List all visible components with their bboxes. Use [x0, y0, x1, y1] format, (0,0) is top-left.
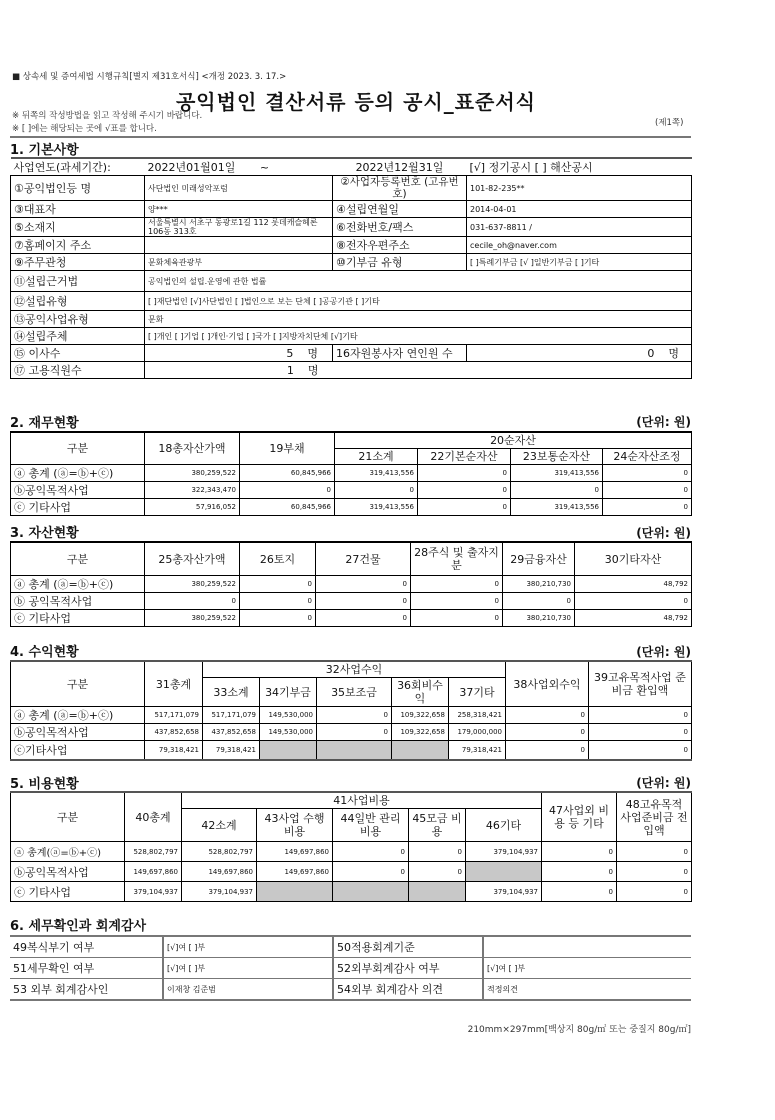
- cell: 0: [317, 724, 392, 741]
- row-label: ⓐ 총계 (ⓐ=ⓑ+ⓒ): [11, 707, 145, 724]
- header-category: 구분: [11, 792, 125, 842]
- cell: 0: [316, 610, 411, 627]
- section-revenue-heading: 4. 수익현황: [10, 641, 79, 660]
- revenue-table: 구분 31총계 32사업수익 38사업외수익 39고유목적사업 준비금 환입액 …: [10, 660, 692, 761]
- basic-info-table: 사업연도(과세기간): 2022년01월01일 ~ 2022년12월31일 [√…: [10, 157, 692, 379]
- cell: 0: [411, 576, 503, 593]
- person-unit: 명: [668, 347, 679, 360]
- header-stocks: 28주식 및 출자지분: [411, 542, 503, 576]
- phone-fax: 031-637-8811 /: [467, 218, 692, 237]
- tax-check-label: 51세무확인 여부: [10, 958, 163, 979]
- table-row: ⓑ공익목적사업 437,852,658 437,852,658 149,530,…: [11, 724, 692, 741]
- table-row: ⓒ 기타사업 379,104,937 379,104,937 379,104,9…: [11, 882, 692, 902]
- cell: 380,210,730: [503, 610, 575, 627]
- table-row: ⓐ 총계 (ⓐ=ⓑ+ⓒ) 380,259,522 0 0 0 380,210,7…: [11, 576, 692, 593]
- header-nonbiz: 47사업외 비용 등 기타: [542, 792, 617, 842]
- row-label: ⓑ공익목적사업: [11, 482, 145, 499]
- header-land: 26토지: [240, 542, 316, 576]
- divider: [10, 136, 691, 138]
- cell: 517,171,079: [203, 707, 260, 724]
- cell-disabled: [409, 882, 466, 902]
- paper-spec-footer: 210mm×297mm[백상지 80g/㎡ 또는 중질지 80g/㎡]: [468, 1022, 691, 1035]
- cell-disabled: [257, 882, 333, 902]
- phone-label: ⑥전화번호/팩스: [333, 218, 467, 237]
- representative-label: ③대표자: [11, 201, 145, 218]
- org-name-label: ①공익법인등 명: [11, 176, 145, 201]
- cell: 0: [542, 842, 617, 862]
- cell: 380,210,730: [503, 576, 575, 593]
- cell: 0: [418, 465, 511, 482]
- biz-type: 문화: [145, 311, 692, 328]
- instruction-note-1: ※ 뒤쪽의 작성방법을 읽고 작성해 주시기 바랍니다.: [12, 109, 202, 121]
- cell: 0: [603, 499, 692, 516]
- header-admin: 44일반 관리비용: [333, 809, 409, 842]
- cell: 0: [317, 707, 392, 724]
- row-label: ⓐ 총계(ⓐ=ⓑ+ⓒ): [11, 842, 125, 862]
- cell: 0: [335, 482, 418, 499]
- bizno: 101-82-235**: [467, 176, 692, 201]
- header-perform: 43사업 수행비용: [257, 809, 333, 842]
- cell: 0: [589, 707, 692, 724]
- cell: 0: [240, 593, 316, 610]
- section-assets-heading: 3. 자산현황: [10, 522, 79, 541]
- representative: 양***: [145, 201, 333, 218]
- founded-date: 2014-04-01: [467, 201, 692, 218]
- cell: 380,259,522: [145, 465, 240, 482]
- volunteers-label: 16자원봉사자 연인원 수: [333, 345, 467, 362]
- volunteers-count: 0: [647, 347, 654, 360]
- row-label: ⓒ 기타사업: [11, 499, 145, 516]
- cell: 0: [542, 862, 617, 882]
- cell: 0: [418, 482, 511, 499]
- cell: 79,318,421: [449, 741, 506, 761]
- table-row: ⓐ 총계 (ⓐ=ⓑ+ⓒ) 380,259,522 60,845,966 319,…: [11, 465, 692, 482]
- header-other: 37기타: [449, 678, 506, 707]
- row-label: ⓑ공익목적사업: [11, 724, 145, 741]
- table-row: ⓒ기타사업 79,318,421 79,318,421 79,318,421 0…: [11, 741, 692, 761]
- cell: 319,413,556: [335, 465, 418, 482]
- cell: 0: [409, 862, 466, 882]
- founded-label: ④설립연월일: [333, 201, 467, 218]
- header-other-assets: 30기타자산: [575, 542, 692, 576]
- header-fees: 36회비수익: [392, 678, 449, 707]
- cell: 437,852,658: [203, 724, 260, 741]
- est-type[interactable]: [ ]재단법인 [√]사단법인 [ ]법인으로 보는 단체 [ ]공공기관 [ …: [145, 292, 692, 311]
- header-biz-revenue: 32사업수익: [203, 661, 506, 678]
- period-label: 사업연도(과세기간):: [11, 158, 145, 176]
- cell: 57,916,052: [145, 499, 240, 516]
- directors-label: ⑮ 이사수: [11, 345, 145, 362]
- table-row: ⓒ 기타사업 380,259,522 0 0 0 380,210,730 48,…: [11, 610, 692, 627]
- header-subtotal: 42소계: [182, 809, 257, 842]
- cell: 0: [617, 882, 692, 902]
- employees-count: 1: [287, 364, 294, 377]
- header-total-assets: 18총자산가액: [145, 432, 240, 465]
- header-net-assets: 20순자산: [335, 432, 692, 449]
- header-nonbiz: 38사업외수익: [506, 661, 589, 707]
- section-expense-heading: 5. 비용현황: [10, 773, 79, 792]
- cell: 79,318,421: [203, 741, 260, 761]
- table-row: ⓒ 기타사업 57,916,052 60,845,966 319,413,556…: [11, 499, 692, 516]
- cell: 319,413,556: [511, 465, 603, 482]
- cell: 0: [506, 724, 589, 741]
- cell: 0: [589, 741, 692, 761]
- law: 공익법인의 설립.운영에 관한 법률: [145, 271, 692, 292]
- row-label: ⓒ 기타사업: [11, 610, 145, 627]
- cell: 0: [316, 576, 411, 593]
- row-label: ⓑ 공익목적사업: [11, 593, 145, 610]
- cell: 517,171,079: [145, 707, 203, 724]
- table-row: ⓑ공익목적사업 322,343,470 0 0 0 0 0: [11, 482, 692, 499]
- period-end: 2022년12월31일: [333, 158, 467, 176]
- cell: 48,792: [575, 576, 692, 593]
- cell: 379,104,937: [466, 882, 542, 902]
- header-basic-net: 22기본순자산: [418, 449, 511, 465]
- cell: 322,343,470: [145, 482, 240, 499]
- section-basic-heading: 1. 기본사항: [10, 139, 79, 158]
- cell: 149,697,860: [125, 862, 182, 882]
- cell: 0: [617, 862, 692, 882]
- header-liabilities: 19부채: [240, 432, 335, 465]
- row-label: ⓒ기타사업: [11, 741, 145, 761]
- cell: 437,852,658: [145, 724, 203, 741]
- homepage-label: ⑦홈페이지 주소: [11, 237, 145, 254]
- est-type-label: ⑫설립유형: [11, 292, 145, 311]
- assets-table: 구분 25총자산가액 26토지 27건물 28주식 및 출자지분 29금융자산 …: [10, 541, 692, 627]
- header-building: 27건물: [316, 542, 411, 576]
- standard-value: [483, 936, 691, 958]
- cell: 0: [333, 842, 409, 862]
- cell: 379,104,937: [466, 842, 542, 862]
- header-reserve: 39고유목적사업 준비금 환입액: [589, 661, 692, 707]
- header-subtotal: 21소계: [335, 449, 418, 465]
- row-label: ⓑ공익목적사업: [11, 862, 125, 882]
- cell: 0: [503, 593, 575, 610]
- cell: 179,000,000: [449, 724, 506, 741]
- header-general-net: 23보통순자산: [511, 449, 603, 465]
- unit-label: (단위: 원): [636, 643, 691, 660]
- cell: 0: [617, 842, 692, 862]
- header-total: 31총계: [145, 661, 203, 707]
- header-subsidy: 35보조금: [317, 678, 392, 707]
- row-label: ⓐ 총계 (ⓐ=ⓑ+ⓒ): [11, 465, 145, 482]
- cell: 0: [542, 882, 617, 902]
- header-total: 40총계: [125, 792, 182, 842]
- cell: 0: [411, 593, 503, 610]
- header-subtotal: 33소계: [203, 678, 260, 707]
- cell: 0: [316, 593, 411, 610]
- email: cecile_oh@naver.com: [467, 237, 692, 254]
- row-label: ⓒ 기타사업: [11, 882, 125, 902]
- unit-label: (단위: 원): [636, 524, 691, 541]
- cell: 258,318,421: [449, 707, 506, 724]
- page-number: (제1쪽): [655, 116, 683, 128]
- cell: 109,322,658: [392, 724, 449, 741]
- header-total-assets: 25총자산가액: [145, 542, 240, 576]
- auditor-label: 53 외부 회계감사인: [10, 979, 163, 1001]
- email-label: ⑧전자우편주소: [333, 237, 467, 254]
- period-tilde: ~: [260, 161, 269, 174]
- audit-table: 49복식부기 여부 [√]여 [ ]부 50적용회계기준 51세무확인 여부 […: [10, 935, 691, 1001]
- cell: 149,697,860: [257, 862, 333, 882]
- bookkeeping-label: 49복식부기 여부: [10, 936, 163, 958]
- cell: 149,530,000: [260, 724, 317, 741]
- cell: 319,413,556: [335, 499, 418, 516]
- employees-label: ⑰ 고용직원수: [11, 362, 145, 379]
- cell-disabled: [317, 741, 392, 761]
- regulation-note: ■ 상속세 및 증여세법 시행규칙[별지 제31호서식] <개정 2023. 3…: [12, 70, 286, 82]
- unit-label: (단위: 원): [636, 413, 691, 430]
- cell-disabled: [466, 862, 542, 882]
- directors-count: 5: [286, 347, 293, 360]
- cell: 0: [603, 482, 692, 499]
- biz-type-label: ⑬공익사업유형: [11, 311, 145, 328]
- instruction-note-2: ※ [ ]에는 해당되는 곳에 √표를 합니다.: [12, 122, 157, 134]
- header-other: 46기타: [466, 809, 542, 842]
- header-biz-expense: 41사업비용: [182, 792, 542, 809]
- cell: 0: [418, 499, 511, 516]
- donation-type-label: ⑩기부금 유형: [333, 254, 467, 271]
- cell: 379,104,937: [182, 882, 257, 902]
- finance-table: 구분 18총자산가액 19부채 20순자산 21소계 22기본순자산 23보통순…: [10, 431, 692, 516]
- cell: 0: [506, 707, 589, 724]
- org-name: 사단법인 미래성악포럼: [145, 176, 333, 201]
- cell: 79,318,421: [145, 741, 203, 761]
- header-donation: 34기부금: [260, 678, 317, 707]
- cell: 149,697,860: [182, 862, 257, 882]
- ext-audit-value[interactable]: [√]여 [ ]부: [483, 958, 691, 979]
- header-financial: 29금융자산: [503, 542, 575, 576]
- cell: 0: [506, 741, 589, 761]
- auditor-value: 이재창 김준범: [163, 979, 333, 1001]
- cell: 380,259,522: [145, 576, 240, 593]
- unit-label: (단위: 원): [636, 774, 691, 791]
- authority: 문화체육관광부: [145, 254, 333, 271]
- person-unit: 명: [308, 364, 319, 377]
- cell: 0: [333, 862, 409, 882]
- cell-disabled: [392, 741, 449, 761]
- cell: 60,845,966: [240, 499, 335, 516]
- header-fundraise: 45모금 비용: [409, 809, 466, 842]
- standard-label: 50적용회계기준: [333, 936, 483, 958]
- cell: 109,322,658: [392, 707, 449, 724]
- cell: 0: [145, 593, 240, 610]
- cell: 528,802,797: [125, 842, 182, 862]
- cell: 0: [589, 724, 692, 741]
- opinion-label: 54외부 회계감사 의견: [333, 979, 483, 1001]
- cell: 319,413,556: [511, 499, 603, 516]
- table-row: ⓐ 총계 (ⓐ=ⓑ+ⓒ) 517,171,079 517,171,079 149…: [11, 707, 692, 724]
- table-row: ⓐ 총계(ⓐ=ⓑ+ⓒ) 528,802,797 528,802,797 149,…: [11, 842, 692, 862]
- period-start: 2022년01월01일: [148, 161, 236, 174]
- header-category: 구분: [11, 542, 145, 576]
- cell: 60,845,966: [240, 465, 335, 482]
- header-category: 구분: [11, 661, 145, 707]
- law-label: ⑪설립근거법: [11, 271, 145, 292]
- cell: 0: [575, 593, 692, 610]
- opinion-value: 적정의견: [483, 979, 691, 1001]
- cell: 149,697,860: [257, 842, 333, 862]
- cell: 380,259,522: [145, 610, 240, 627]
- cell: 0: [240, 576, 316, 593]
- donation-type[interactable]: [ ]특례기부금 [√ ]일반기부금 [ ]기타: [467, 254, 692, 271]
- cell: 0: [409, 842, 466, 862]
- cell: 0: [411, 610, 503, 627]
- header-adjust: 24순자산조정: [603, 449, 692, 465]
- ext-audit-label: 52외부회계감사 여부: [333, 958, 483, 979]
- person-unit: 명: [307, 347, 318, 360]
- cell: 0: [240, 482, 335, 499]
- cell-disabled: [260, 741, 317, 761]
- cell: 149,530,000: [260, 707, 317, 724]
- authority-label: ⑨주무관청: [11, 254, 145, 271]
- cell: 0: [603, 465, 692, 482]
- founder-label: ⑭설립주체: [11, 328, 145, 345]
- section-finance-heading: 2. 재무현황: [10, 412, 79, 431]
- table-row: ⓑ 공익목적사업 0 0 0 0 0 0: [11, 593, 692, 610]
- cell: 0: [240, 610, 316, 627]
- header-reserve: 48고유목적 사업준비금 전입액: [617, 792, 692, 842]
- expense-table: 구분 40총계 41사업비용 47사업외 비용 등 기타 48고유목적 사업준비…: [10, 791, 692, 902]
- row-label: ⓐ 총계 (ⓐ=ⓑ+ⓒ): [11, 576, 145, 593]
- cell: 379,104,937: [125, 882, 182, 902]
- homepage: [145, 237, 333, 254]
- section-audit-heading: 6. 세무확인과 회계감사: [10, 915, 146, 934]
- cell: 48,792: [575, 610, 692, 627]
- bizno-label: ②사업자등록번호 (고유번호): [333, 176, 467, 201]
- cell: 0: [511, 482, 603, 499]
- header-category: 구분: [11, 432, 145, 465]
- address: 서울특별시 서초구 동광로1길 112 롯데캐슬헤론 106동 313호: [145, 218, 333, 237]
- address-label: ⑤소재지: [11, 218, 145, 237]
- cell: 528,802,797: [182, 842, 257, 862]
- disclosure-type[interactable]: [√] 정기공시 [ ] 해산공시: [467, 158, 692, 176]
- tax-check-value[interactable]: [√]여 [ ]부: [163, 958, 333, 979]
- founder[interactable]: [ ]개인 [ ]기업 [ ]개인·기업 [ ]국가 [ ]지방자치단체 [√]…: [145, 328, 692, 345]
- table-row: ⓑ공익목적사업 149,697,860 149,697,860 149,697,…: [11, 862, 692, 882]
- bookkeeping-value[interactable]: [√]여 [ ]부: [163, 936, 333, 958]
- cell-disabled: [333, 882, 409, 902]
